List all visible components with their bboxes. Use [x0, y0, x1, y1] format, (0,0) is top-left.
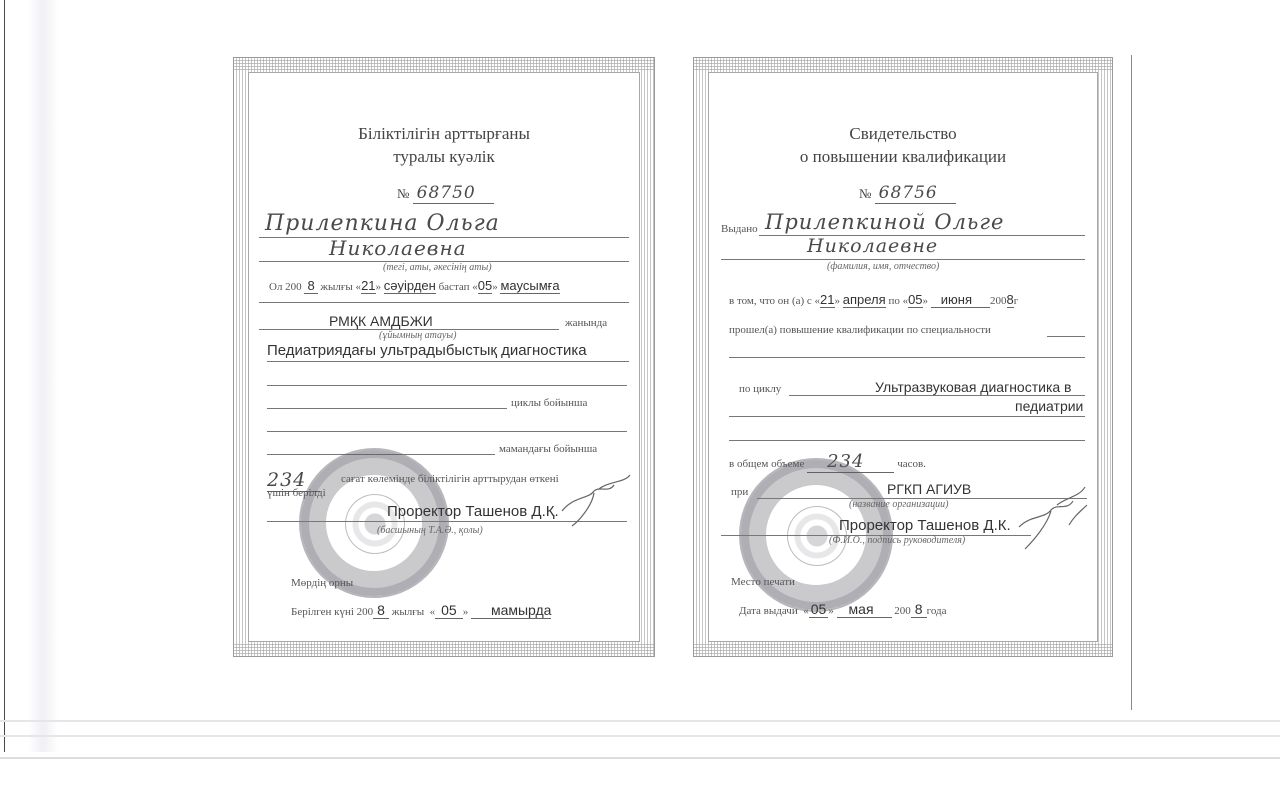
title-line1: Свидетельство [709, 123, 1097, 145]
issue-date-line: Берілген күні 2008 жылғы «05» мамырда [291, 602, 551, 618]
month-from-value: апреля [843, 292, 886, 308]
period-line: в том, что он (а) с «21» апреля по «05» … [729, 292, 1018, 307]
day-to-value: 05 [478, 278, 492, 294]
day-from-value: 21 [361, 278, 375, 294]
seal-place-label: Место печати [731, 576, 795, 588]
certificate-russian: Свидетельство о повышении квалификации №… [693, 57, 1113, 657]
at-label: при [731, 486, 748, 498]
cycle-value-line2: педиатрии [1015, 398, 1083, 414]
text: бастап « [439, 281, 478, 293]
underline [267, 385, 627, 386]
issue-month-value: мая [837, 601, 892, 618]
text: Берілген күні 200 [291, 606, 373, 618]
underline [729, 357, 1085, 358]
year-value: 8 [1007, 292, 1014, 308]
issue-year-value: 8 [911, 601, 927, 618]
certificate-number: № 68750 [397, 183, 494, 203]
seal-place-label: Мөрдің орны [291, 577, 353, 589]
underline [267, 431, 627, 432]
signer-caption: (Ф.И.О., подпись руководителя) [829, 535, 965, 546]
cycle-suffix: циклы бойынша [511, 397, 587, 409]
scan-shadow [28, 0, 58, 752]
hours-text: сағат көлемінде біліктілігін арттырудан … [341, 473, 559, 485]
title-line2: о повышении квалификации [709, 146, 1097, 168]
underline [1047, 336, 1085, 337]
underline [729, 440, 1085, 441]
text: года [927, 605, 947, 617]
name-line1: Прилепкиной Ольге [765, 210, 1004, 234]
issue-date-line: Дата выдачи «05» мая 2008года [739, 601, 947, 617]
specialty-text: прошел(а) повышение квалификации по спец… [729, 324, 991, 336]
text: по « [888, 295, 908, 307]
underline [267, 408, 507, 409]
scan-page-edge-right [1131, 55, 1132, 710]
underline [721, 259, 1085, 260]
certificate-number: № 68756 [859, 183, 956, 203]
name-line2: Николаевне [807, 235, 938, 257]
issue-day-value: 05 [809, 601, 829, 618]
scan-artifact-band [0, 735, 1280, 737]
issue-month-value: мамырда [471, 602, 552, 619]
year-value: 8 [304, 278, 317, 294]
name-line2: Николаевна [329, 236, 467, 260]
month-to-value: маусымға [500, 278, 559, 294]
scan-page-edge-left [4, 0, 5, 752]
title-line2: туралы куәлік [249, 146, 639, 168]
issue-year-value: 8 [373, 602, 389, 619]
name-line1: Прилепкина Ольга [265, 211, 500, 236]
signer-value: Проректор Ташенов Д.К. [839, 517, 1011, 534]
hours-text2: үшін берілді [267, 487, 326, 499]
underline [259, 302, 629, 303]
text: часов. [897, 458, 926, 470]
scan-artifact-band [0, 757, 1280, 759]
organization-value: РМҚК АМДБЖИ [329, 313, 433, 329]
specialty-suffix: мамандағы бойынша [499, 443, 597, 455]
title-line1: Біліктілігін арттырғаны [249, 123, 639, 145]
number-prefix: № [397, 186, 409, 201]
signature-icon [1009, 485, 1089, 555]
underline [789, 395, 1085, 396]
text: жылғы « [320, 281, 361, 293]
text: 200 [894, 605, 911, 617]
organization-caption: (ұйымның атауы) [379, 330, 456, 341]
organization-suffix: жанында [565, 317, 607, 329]
cycle-value: Педиатриядағы ультрадыбыстық диагностика [267, 342, 587, 359]
text: » [492, 281, 498, 293]
month-to-value: июня [931, 292, 990, 308]
text: жылғы [392, 606, 424, 618]
underline [267, 361, 629, 362]
number-value: 68756 [875, 183, 956, 204]
text: в том, что он (а) с « [729, 295, 820, 307]
cycle-value-line1: Ультразвуковая диагностика в [875, 379, 1072, 395]
day-to-value: 05 [908, 292, 922, 308]
text: 200 [990, 295, 1007, 307]
certificate-kazakh: Біліктілігін арттырғаны туралы куәлік № … [233, 57, 655, 657]
day-from-value: 21 [820, 292, 834, 308]
period-line: Ол 200 8 жылғы «21» сәуірден бастап «05»… [269, 278, 560, 293]
organization-caption: (название организации) [849, 499, 948, 510]
text: » [376, 281, 382, 293]
issued-label: Выдано [721, 223, 758, 235]
month-from-value: сәуірден [384, 278, 436, 294]
signature-icon [554, 471, 634, 531]
name-caption: (тегі, аты, әкесінің аты) [383, 262, 492, 273]
name-caption: (фамилия, имя, отчество) [827, 261, 939, 272]
issue-day-value: 05 [435, 602, 463, 619]
cycle-label: по циклу [739, 383, 781, 395]
organization-value: РГКП АГИУВ [887, 481, 971, 497]
official-seal-stamp [299, 448, 449, 598]
text: Дата выдачи [739, 605, 798, 617]
number-prefix: № [859, 186, 871, 201]
number-value: 68750 [413, 183, 494, 204]
text: г [1014, 295, 1019, 307]
text: Ол 200 [269, 281, 302, 293]
scan-artifact-band [0, 720, 1280, 722]
underline [729, 416, 1085, 417]
signer-value: Проректор Ташенов Д.Қ. [387, 503, 559, 520]
signer-caption: (басшының Т.А.Ә., қолы) [377, 525, 483, 536]
